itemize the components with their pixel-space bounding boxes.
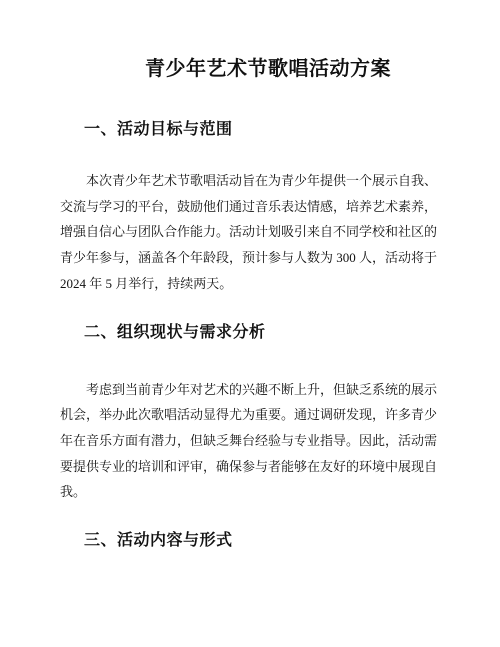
text-line: 年在音乐方面有潜力，但缺乏舞台经验与专业指导。因此，活动需 — [60, 428, 437, 454]
section-heading-status-needs: 二、组织现状与需求分析 — [60, 323, 500, 343]
text-line: 青少年参与，涵盖各个年龄段，预计参与人数为 300 人，活动将于 — [60, 245, 437, 271]
paragraph-goals-scope: 本次青少年艺术节歌唱活动旨在为青少年提供一个展示自我、 交流与学习的平台，鼓励他… — [60, 168, 437, 297]
text-line: 我。 — [60, 479, 437, 505]
text-line: 要提供专业的培训和评审，确保参与者能够在友好的环境中展现自 — [60, 454, 437, 480]
document-page: 青少年艺术节歌唱活动方案 一、活动目标与范围 本次青少年艺术节歌唱活动旨在为青少… — [0, 0, 500, 647]
text-line: 机会，举办此次歌唱活动显得尤为重要。通过调研发现，许多青少 — [60, 402, 437, 428]
document-title: 青少年艺术节歌唱活动方案 — [60, 56, 440, 82]
section-heading-goals-scope: 一、活动目标与范围 — [60, 120, 500, 140]
text-line: 考虑到当前青少年对艺术的兴趣不断上升，但缺乏系统的展示 — [60, 377, 437, 403]
text-line: 2024 年 5 月举行，持续两天。 — [60, 271, 437, 297]
text-line: 本次青少年艺术节歌唱活动旨在为青少年提供一个展示自我、 — [60, 168, 437, 194]
text-line: 增强自信心与团队合作能力。活动计划吸引来自不同学校和社区的 — [60, 219, 437, 245]
paragraph-status-needs: 考虑到当前青少年对艺术的兴趣不断上升，但缺乏系统的展示 机会，举办此次歌唱活动显… — [60, 377, 437, 506]
section-heading-content-format: 三、活动内容与形式 — [60, 531, 500, 551]
text-line: 交流与学习的平台，鼓励他们通过音乐表达情感，培养艺术素养， — [60, 194, 437, 220]
